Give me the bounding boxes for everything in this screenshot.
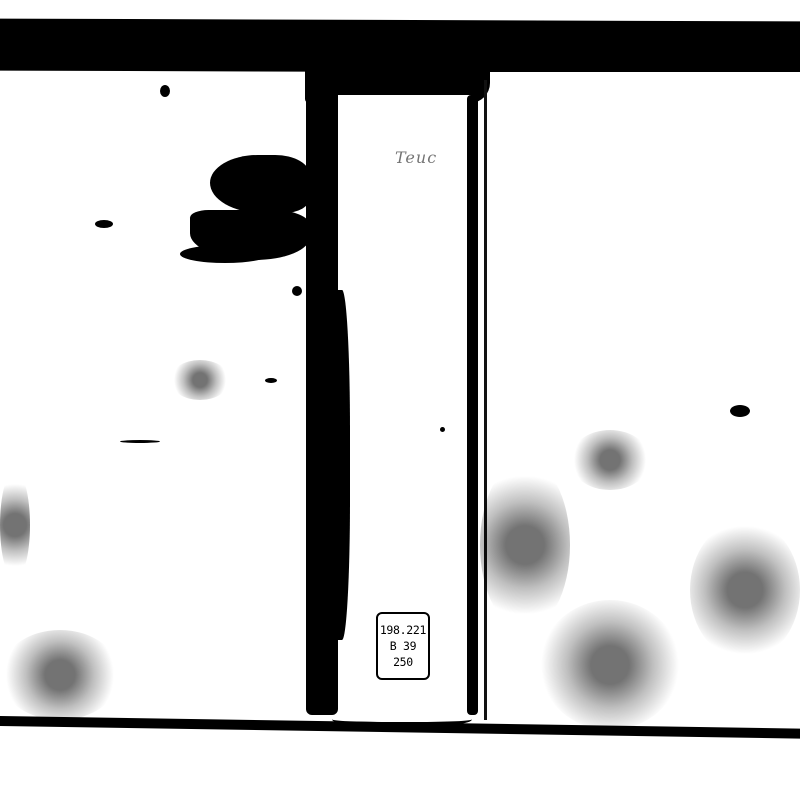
- wear-mottle: [0, 630, 120, 720]
- wear-mottle: [480, 460, 570, 630]
- call-number-suffix: 250: [393, 654, 413, 670]
- call-number-cutter: B 39: [390, 638, 417, 654]
- wear-mottle: [570, 430, 650, 490]
- wear-mottle: [0, 470, 30, 580]
- ink-stain: [210, 155, 310, 213]
- speck: [120, 440, 160, 443]
- right-hinge: [467, 95, 478, 715]
- speck: [265, 378, 277, 383]
- wear-mottle: [170, 360, 230, 400]
- ink-stain: [180, 245, 270, 263]
- wear-mottle: [540, 600, 680, 730]
- call-number-label: 198.221 B 39 250: [376, 612, 430, 680]
- call-number-class: 198.221: [380, 622, 426, 638]
- speck: [95, 220, 113, 228]
- speck: [730, 405, 750, 417]
- book-scan: Teuc 198.221 B 39 250: [0, 0, 800, 800]
- speck: [292, 286, 302, 296]
- speck: [440, 427, 445, 432]
- speck: [160, 85, 170, 97]
- wear-mottle: [690, 520, 800, 660]
- right-board-edge: [484, 80, 487, 720]
- spine-title-fragment: Teuc: [395, 148, 437, 167]
- left-hinge-wear: [330, 290, 350, 640]
